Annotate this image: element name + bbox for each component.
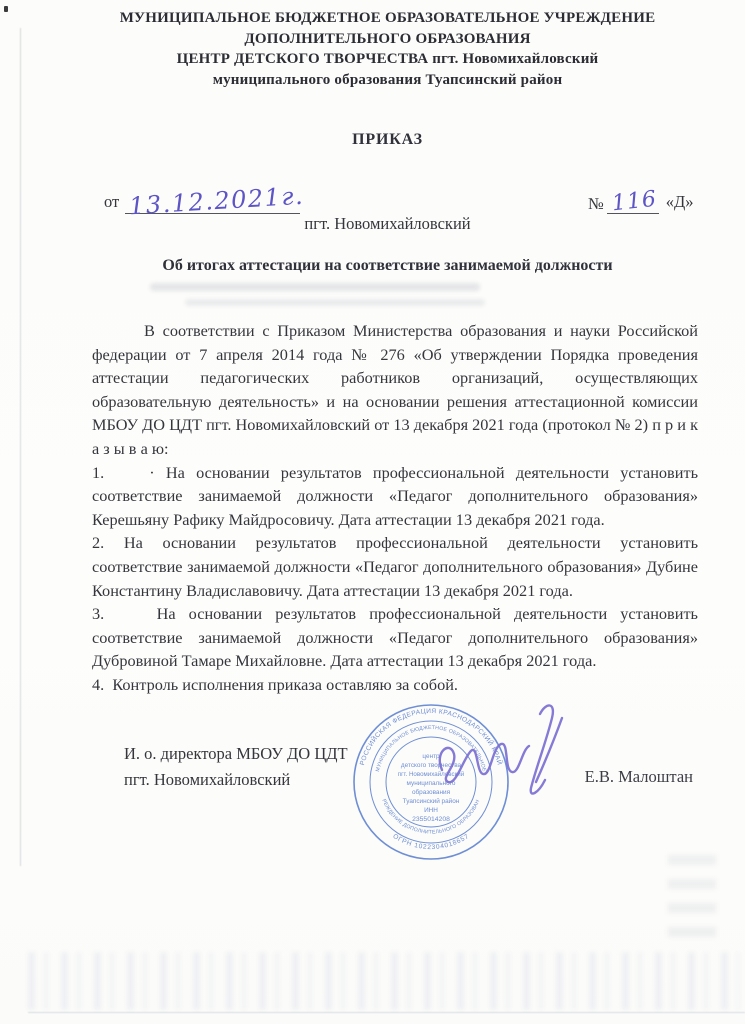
- order-body: В соответствии с Приказом Министерства о…: [92, 319, 698, 697]
- org-header-line-4: муниципального образования Туапсинский р…: [50, 70, 725, 91]
- organization-header: МУНИЦИПАЛЬНОЕ БЮДЖЕТНОЕ ОБРАЗОВАТЕЛЬНОЕ …: [50, 8, 725, 90]
- org-header-line-3: ЦЕНТР ДЕТСКОГО ТВОРЧЕСТВА пгт. Новомихай…: [50, 49, 725, 70]
- scan-edge-line: [28, 1012, 745, 1013]
- director-signature-autograph: [428, 692, 578, 820]
- document-type-title: ПРИКАЗ: [50, 131, 725, 149]
- number-field: № 116 «Д»: [588, 183, 718, 214]
- subject-heading: Об итогах аттестации на соответствие зан…: [50, 257, 725, 275]
- order-item-1: 1. · На основании результатов профессион…: [92, 461, 698, 532]
- bleed-through-band: [28, 952, 740, 1010]
- scan-crease-line: [20, 28, 21, 866]
- scanned-order-document: МУНИЦИПАЛЬНОЕ БЮДЖЕТНОЕ ОБРАЗОВАТЕЛЬНОЕ …: [0, 0, 745, 1024]
- bleed-through-text-line: [185, 299, 485, 306]
- signature-position-line-1: И. о. директора МБОУ ДО ЦДТ: [124, 741, 348, 767]
- order-item-3: 3. На основании результатов профессионал…: [92, 602, 698, 673]
- number-underline: 116: [607, 183, 659, 214]
- place-line: пгт. Новомихайловский: [50, 214, 725, 234]
- intro-paragraph: В соответствии с Приказом Министерства о…: [92, 319, 698, 461]
- signature-name: Е.В. Малоштан: [585, 767, 693, 787]
- handwritten-number: 116: [611, 187, 658, 217]
- order-item-4: 4. Контроль исполнения приказа оставляю …: [92, 673, 698, 697]
- bleed-through-smudge: [668, 855, 716, 940]
- signature-position-block: И. о. директора МБОУ ДО ЦДТ пгт. Новомих…: [124, 741, 348, 793]
- order-item-2: 2. На основании результатов профессионал…: [92, 531, 698, 602]
- number-suffix-label: «Д»: [666, 192, 694, 214]
- org-header-line-2: ДОПОЛНИТЕЛЬНОГО ОБРАЗОВАНИЯ: [50, 29, 725, 50]
- signature-position-line-2: пгт. Новомихайловский: [124, 767, 348, 793]
- bleed-through-text-line: [150, 283, 480, 291]
- scan-speck: [4, 6, 8, 12]
- svg-text:ОГРН 1022304018657: ОГРН 1022304018657: [391, 833, 470, 851]
- org-header-line-1: МУНИЦИПАЛЬНОЕ БЮДЖЕТНОЕ ОБРАЗОВАТЕЛЬНОЕ …: [50, 8, 725, 29]
- number-prefix-label: №: [588, 194, 604, 214]
- date-underline: 13.12.2021г.: [125, 183, 300, 214]
- stamp-outer-ring-bottom-text: ОГРН 1022304018657: [391, 833, 470, 851]
- date-prefix-label: от: [104, 192, 119, 214]
- date-field: от 13.12.2021г.: [104, 183, 300, 214]
